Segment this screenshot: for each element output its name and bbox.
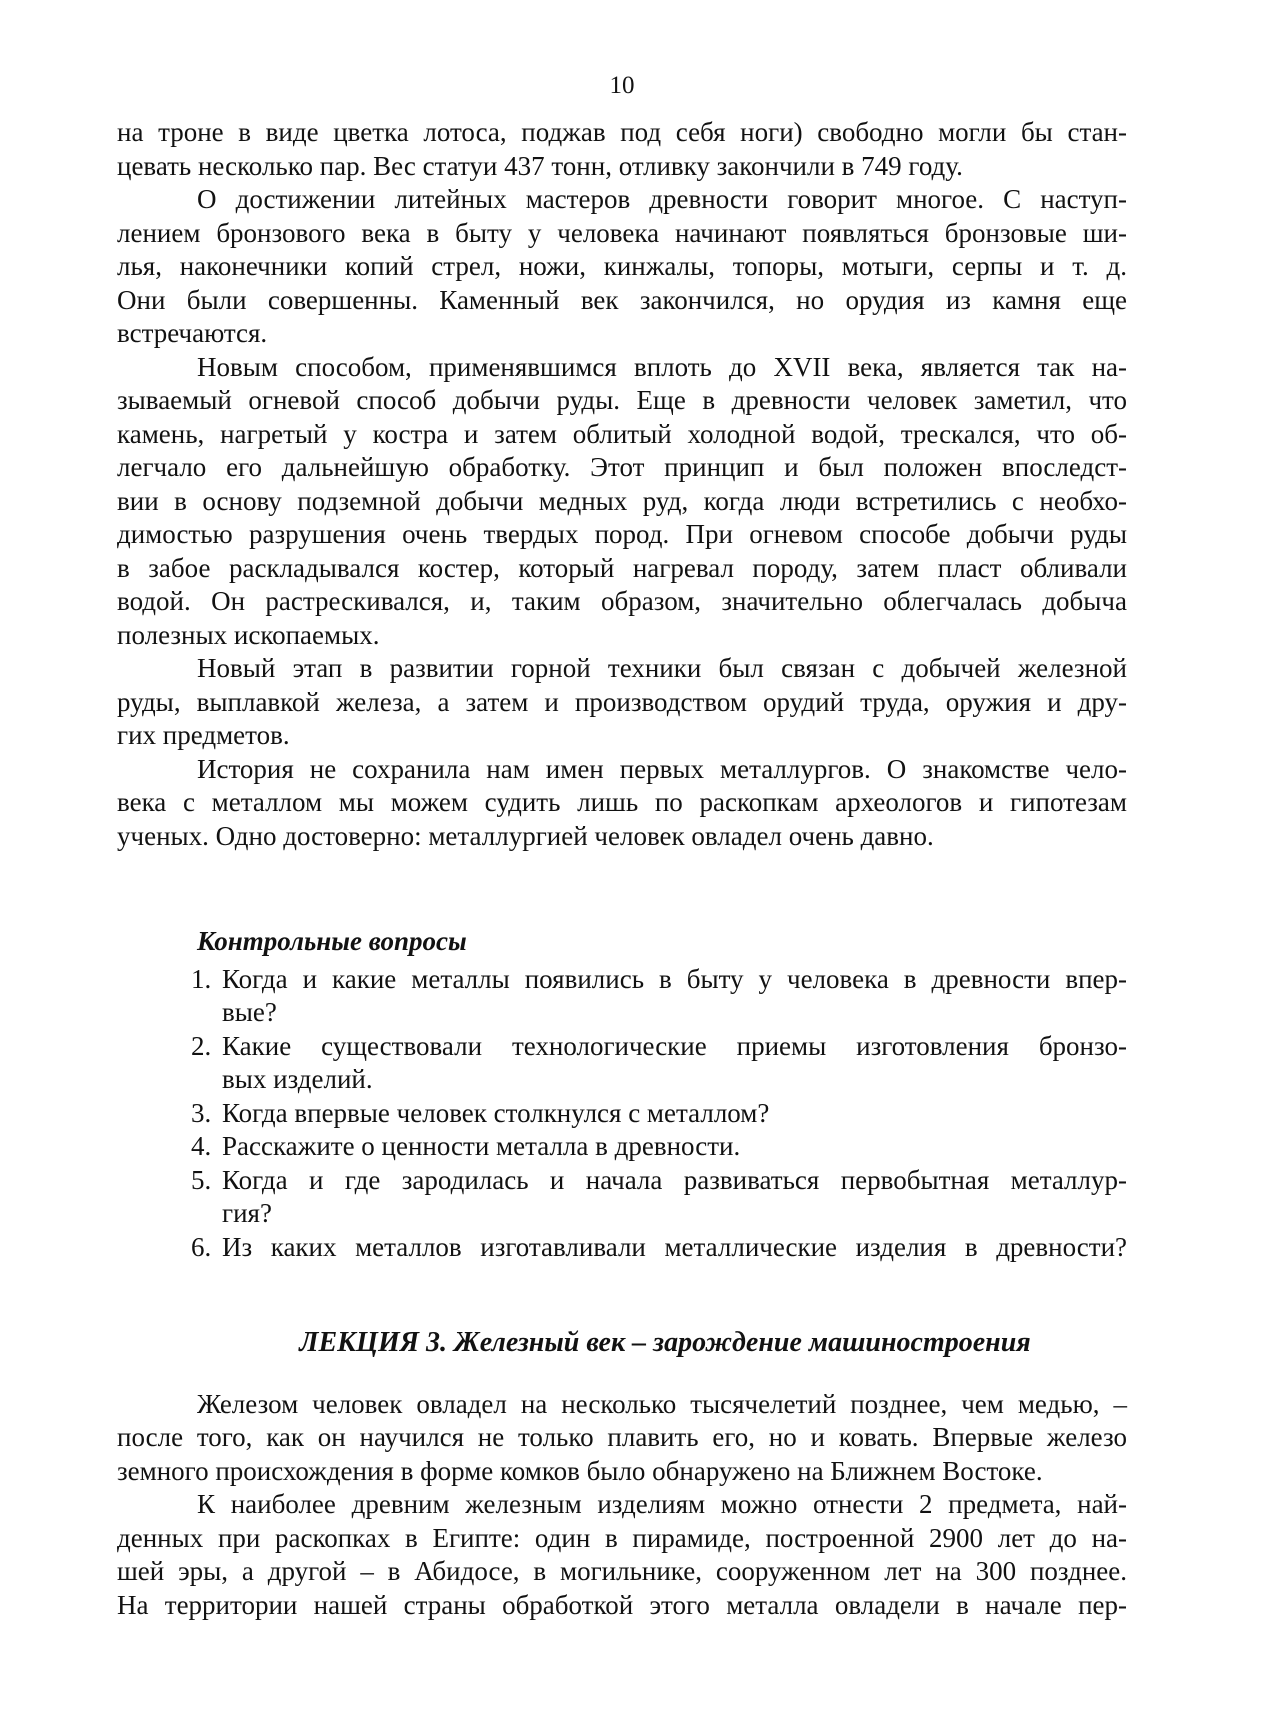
paragraph: Новый этап в развитии горной техники был…	[117, 652, 1127, 753]
question-item: 2.Какие существовали технологические при…	[117, 1030, 1127, 1097]
lecture-paragraphs: Железом человек овладел на несколько тыс…	[117, 1388, 1127, 1623]
text-line: цевать несколько пар. Вес статуи 437 тон…	[117, 150, 1127, 184]
paragraph: К наиболее древним железным изделиям мож…	[117, 1488, 1127, 1622]
text-line: полезных ископаемых.	[117, 619, 1127, 653]
text-line: камень, нагретый у костра и затем облиты…	[117, 418, 1127, 452]
text-line: Расскажите о ценности металла в древност…	[222, 1130, 1127, 1164]
question-number: 6.	[191, 1231, 225, 1265]
text-line: руды, выплавкой железа, а затем и произв…	[117, 686, 1127, 720]
text-line: денных при раскопках в Египте: один в пи…	[117, 1522, 1127, 1556]
text-line: Когда впервые человек столкнулся с метал…	[222, 1097, 1127, 1131]
question-number: 2.	[191, 1030, 225, 1064]
document-page: 10 на троне в виде цветка лотоса, поджав…	[0, 0, 1275, 1725]
text-line: вых изделий.	[222, 1063, 1127, 1097]
question-item: 1.Когда и какие металлы появились в быту…	[117, 963, 1127, 1030]
question-number: 4.	[191, 1130, 225, 1164]
text-line: в забое раскладывался костер, который на…	[117, 552, 1127, 586]
text-line: вии в основу подземной добычи медных руд…	[117, 485, 1127, 519]
body-paragraphs: на троне в виде цветка лотоса, поджав по…	[117, 116, 1127, 853]
text-line: Новый этап в развитии горной техники был…	[117, 652, 1127, 686]
text-line: водой. Он растрескивался, и, таким образ…	[117, 585, 1127, 619]
text-line: Когда и какие металлы появились в быту у…	[222, 963, 1127, 997]
lecture-heading: ЛЕКЦИЯ 3. Железный век – зарождение маши…	[203, 1326, 1127, 1360]
text-line: К наиболее древним железным изделиям мож…	[117, 1488, 1127, 1522]
text-line: легчало его дальнейшую обработку. Этот п…	[117, 451, 1127, 485]
text-line: земного происхождения в форме комков был…	[117, 1455, 1127, 1489]
text-line: после того, как он научился не только пл…	[117, 1421, 1127, 1455]
question-number: 5.	[191, 1164, 225, 1198]
question-item: 4.Расскажите о ценности металла в древно…	[117, 1130, 1127, 1164]
text-line: димостью разрушения очень твердых пород.…	[117, 518, 1127, 552]
text-line: На территории нашей страны обработкой эт…	[117, 1589, 1127, 1623]
text-line: лья, наконечники копий стрел, ножи, кинж…	[117, 250, 1127, 284]
question-number: 1.	[191, 963, 225, 997]
text-line: ученых. Одно достоверно: металлургией че…	[117, 820, 1127, 854]
text-line: вые?	[222, 996, 1127, 1030]
text-block: на троне в виде цветка лотоса, поджав по…	[117, 116, 1127, 1622]
text-line: Когда и где зародилась и начала развиват…	[222, 1164, 1127, 1198]
text-line: История не сохранила нам имен первых мет…	[117, 753, 1127, 787]
text-line: Они были совершенны. Каменный век законч…	[117, 284, 1127, 318]
page-number: 10	[117, 0, 1127, 100]
text-line: на троне в виде цветка лотоса, поджав по…	[117, 116, 1127, 150]
text-line: гия?	[222, 1197, 1127, 1231]
text-line: зываемый огневой способ добычи руды. Еще…	[117, 384, 1127, 418]
text-line: века с металлом мы можем судить лишь по …	[117, 786, 1127, 820]
text-line: Железом человек овладел на несколько тыс…	[117, 1388, 1127, 1422]
question-item: 3.Когда впервые человек столкнулся с мет…	[117, 1097, 1127, 1131]
questions-list: 1.Когда и какие металлы появились в быту…	[117, 963, 1127, 1265]
questions-heading: Контрольные вопросы	[117, 925, 1127, 959]
paragraph: О достижении литейных мастеров древности…	[117, 183, 1127, 351]
text-line: гих предметов.	[117, 719, 1127, 753]
question-number: 3.	[191, 1097, 225, 1131]
paragraph: История не сохранила нам имен первых мет…	[117, 753, 1127, 854]
paragraph: Новым способом, применявшимся вплоть до …	[117, 351, 1127, 653]
paragraph: Железом человек овладел на несколько тыс…	[117, 1388, 1127, 1489]
question-item: 5.Когда и где зародилась и начала развив…	[117, 1164, 1127, 1231]
text-line: встречаются.	[117, 317, 1127, 351]
text-line: шей эры, а другой – в Абидосе, в могильн…	[117, 1555, 1127, 1589]
paragraph: на троне в виде цветка лотоса, поджав по…	[117, 116, 1127, 183]
text-line: лением бронзового века в быту у человека…	[117, 217, 1127, 251]
text-line: Какие существовали технологические прием…	[222, 1030, 1127, 1064]
text-line: Из каких металлов изготавливали металлич…	[222, 1231, 1127, 1265]
question-item: 6.Из каких металлов изготавливали металл…	[117, 1231, 1127, 1265]
text-line: О достижении литейных мастеров древности…	[117, 183, 1127, 217]
text-line: Новым способом, применявшимся вплоть до …	[117, 351, 1127, 385]
